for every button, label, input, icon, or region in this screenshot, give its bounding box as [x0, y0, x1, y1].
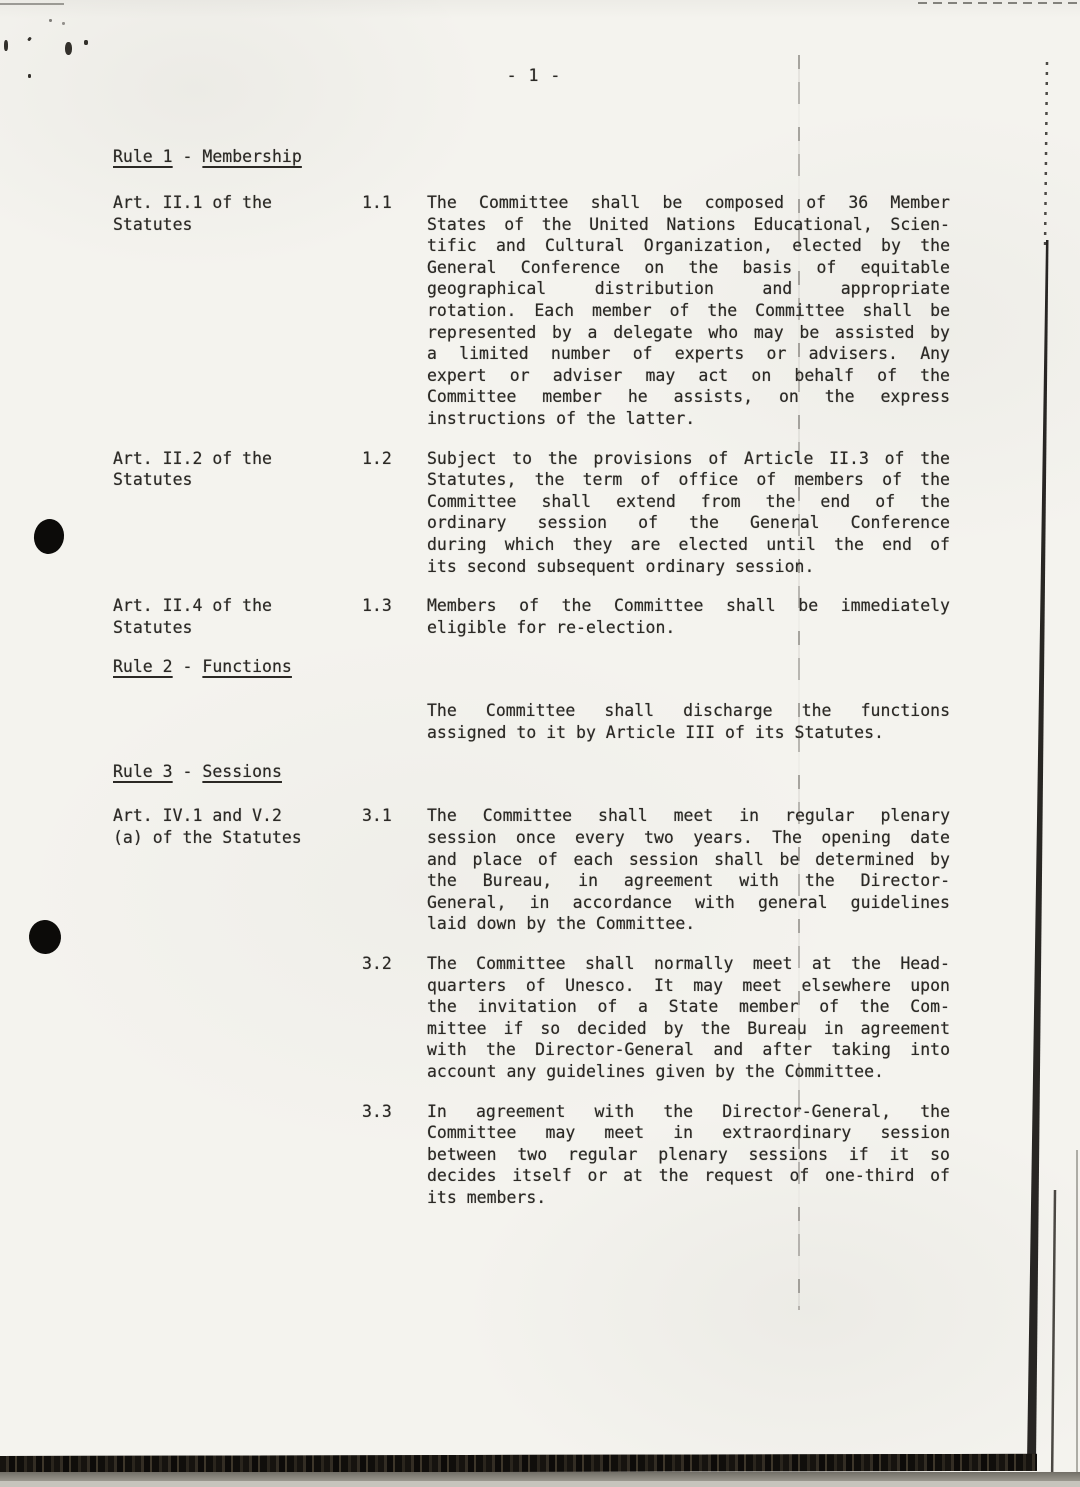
statute-reference: Art. II.2 of theStatutes: [113, 448, 362, 578]
statute-reference: [113, 700, 362, 743]
rule-heading-separator: -: [173, 762, 203, 781]
rule-entry: 3.2The Committee shall normally meet at …: [113, 953, 953, 1083]
scan-bottom-light-strip: [0, 1481, 1080, 1487]
punch-hole-top: [32, 517, 67, 556]
statute-reference-line: Statutes: [113, 214, 362, 236]
statute-reference: Art. II.4 of theStatutes: [113, 595, 362, 638]
paragraph-line: its second subsequent ordinary session.: [427, 556, 950, 578]
rule-entry: The Committee shall discharge the functi…: [113, 700, 953, 743]
paragraph-line: quarters of Unesco. It may meet elsewher…: [427, 975, 950, 997]
scan-bottom-edge: [0, 1454, 1037, 1473]
statute-reference-line: Art. IV.1 and V.2: [113, 805, 362, 827]
paragraph-body: Members of the Committee shall be immedi…: [427, 595, 950, 638]
rule-heading-separator: -: [173, 657, 203, 676]
paragraph-line: with the Director-General and after taki…: [427, 1039, 950, 1061]
paragraph-number: 3.3: [362, 1101, 427, 1209]
paragraph-line: In agreement with the Director-General, …: [427, 1101, 950, 1123]
ink-speck: [28, 74, 31, 78]
paragraph-line: ordinary session of the General Conferen…: [427, 512, 950, 534]
fold-crease-line: [798, 55, 800, 1310]
paragraph-line: the Bureau, in agreement with the Direct…: [427, 870, 950, 892]
rule-heading-lead: Rule 3: [113, 762, 173, 781]
paragraph-body: The Committee shall be composed of 36 Me…: [427, 192, 950, 430]
statute-reference-line: Statutes: [113, 469, 362, 491]
rule-heading: Rule 2 - Functions: [113, 656, 953, 678]
statute-reference-line: Art. II.4 of the: [113, 595, 362, 617]
paragraph-number: [362, 700, 427, 743]
statute-reference: [113, 953, 362, 1083]
paragraph-line: geographical distribution and appropriat…: [427, 278, 950, 300]
rule-entry: Art. II.4 of theStatutes1.3Members of th…: [113, 595, 953, 638]
scan-top-left-mark: [0, 3, 64, 5]
paragraph-line: account any guidelines given by the Comm…: [427, 1061, 950, 1083]
statute-reference: Art. II.1 of theStatutes: [113, 192, 362, 430]
paragraph-line: Statutes, the term of office of members …: [427, 469, 950, 491]
paragraph-line: The Committee shall meet in regular plen…: [427, 805, 950, 827]
paragraph-line: Subject to the provisions of Article II.…: [427, 448, 950, 470]
paragraph-line: a limited number of experts or advisers.…: [427, 343, 950, 365]
rule-heading-title: Membership: [202, 147, 301, 166]
ink-speck: [84, 40, 88, 45]
paragraph-line: General Conference on the basis of equit…: [427, 257, 950, 279]
paragraph-line: rotation. Each member of the Committee s…: [427, 300, 950, 322]
ink-speck: [49, 19, 52, 22]
paragraph-number: 3.1: [362, 805, 427, 935]
ink-speck: [27, 37, 32, 42]
statute-reference-line: Art. II.1 of the: [113, 192, 362, 214]
paragraph-line: The Committee shall normally meet at the…: [427, 953, 950, 975]
rule-heading-lead: Rule 2: [113, 657, 173, 676]
paragraph-line: during which they are elected until the …: [427, 534, 950, 556]
rule-heading: Rule 1 - Membership: [113, 146, 953, 168]
rule-heading-lead: Rule 1: [113, 147, 173, 166]
paragraph-line: Members of the Committee shall be immedi…: [427, 595, 950, 617]
paragraph-line: expert or adviser may act on behalf of t…: [427, 365, 950, 387]
ink-speck: [62, 22, 65, 25]
paragraph-line: assigned to it by Article III of its Sta…: [427, 722, 950, 744]
paragraph-line: tific and Cultural Organization, elected…: [427, 235, 950, 257]
paragraph-line: States of the United Nations Educational…: [427, 214, 950, 236]
paragraph-line: decides itself or at the request of one-…: [427, 1165, 950, 1187]
paragraph-line: General, in accordance with general guid…: [427, 892, 950, 914]
ink-speck: [4, 40, 8, 51]
paragraph-line: Committee shall extend from the end of t…: [427, 491, 950, 513]
paragraph-line: session once every two years. The openin…: [427, 827, 950, 849]
paragraph-body: Subject to the provisions of Article II.…: [427, 448, 950, 578]
paragraph-body: The Committee shall meet in regular plen…: [427, 805, 950, 935]
rule-heading-title: Functions: [202, 657, 291, 676]
rule-heading-separator: -: [173, 147, 203, 166]
paragraph-line: instructions of the latter.: [427, 408, 950, 430]
paragraph-line: eligible for re-election.: [427, 617, 950, 639]
paragraph-line: mittee if so decided by the Bureau in ag…: [427, 1018, 950, 1040]
paragraph-body: In agreement with the Director-General, …: [427, 1101, 950, 1209]
rule-entry: Art. IV.1 and V.2(a) of the Statutes3.1T…: [113, 805, 953, 935]
paragraph-number: 3.2: [362, 953, 427, 1083]
ink-speck: [65, 42, 72, 55]
statute-reference-line: (a) of the Statutes: [113, 827, 362, 849]
rule-heading-title: Sessions: [202, 762, 281, 781]
paragraph-body: The Committee shall normally meet at the…: [427, 953, 950, 1083]
rule-entry: 3.3In agreement with the Director-Genera…: [113, 1101, 953, 1209]
document-body: Rule 1 - MembershipArt. II.1 of theStatu…: [113, 146, 953, 1227]
paragraph-line: represented by a delegate who may be ass…: [427, 322, 950, 344]
paragraph-body: The Committee shall discharge the functi…: [427, 700, 950, 743]
rule-entry: Art. II.1 of theStatutes1.1The Committee…: [113, 192, 953, 430]
paragraph-number: 1.3: [362, 595, 427, 638]
paragraph-line: the invitation of a State member of the …: [427, 996, 950, 1018]
punch-hole-bottom: [27, 918, 62, 955]
paragraph-number: 1.1: [362, 192, 427, 430]
paragraph-line: laid down by the Committee.: [427, 913, 950, 935]
rule-heading: Rule 3 - Sessions: [113, 761, 953, 783]
paragraph-number: 1.2: [362, 448, 427, 578]
statute-reference: [113, 1101, 362, 1209]
statute-reference-line: Statutes: [113, 617, 362, 639]
paragraph-line: Committee may meet in extraordinary sess…: [427, 1122, 950, 1144]
paragraph-line: The Committee shall discharge the functi…: [427, 700, 950, 722]
rule-entry: Art. II.2 of theStatutes1.2Subject to th…: [113, 448, 953, 578]
paragraph-line: and place of each session shall be deter…: [427, 849, 950, 871]
scan-top-right-mark: [918, 2, 1080, 4]
paragraph-line: between two regular plenary sessions if …: [427, 1144, 950, 1166]
document-page: - 1 - Rule 1 - MembershipArt. II.1 of th…: [0, 0, 1080, 1487]
paragraph-line: Committee member he assists, on the expr…: [427, 386, 950, 408]
page-number: - 1 -: [0, 66, 1068, 85]
paragraph-line: its members.: [427, 1187, 950, 1209]
statute-reference: Art. IV.1 and V.2(a) of the Statutes: [113, 805, 362, 935]
scan-bottom-gray-strip: [0, 1472, 1080, 1481]
statute-reference-line: Art. II.2 of the: [113, 448, 362, 470]
paragraph-line: The Committee shall be composed of 36 Me…: [427, 192, 950, 214]
